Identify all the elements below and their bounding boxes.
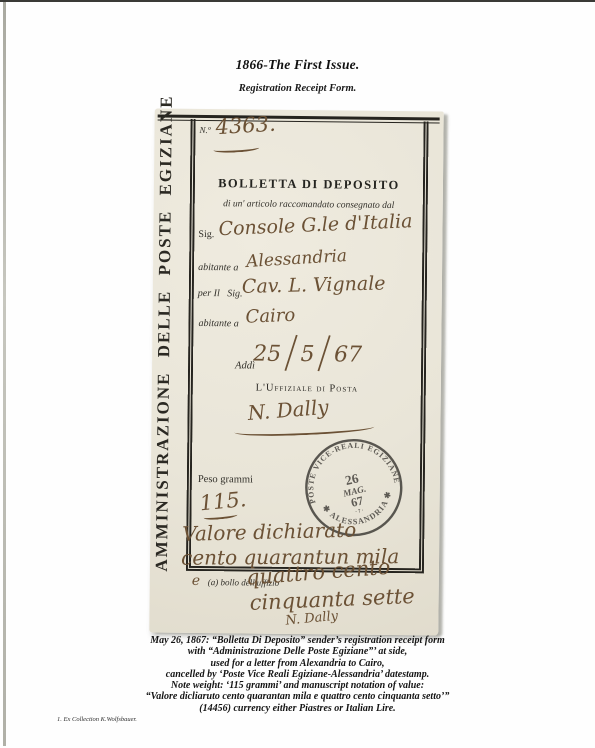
- date-month: 5: [300, 342, 314, 367]
- recipient-label: per Il Sig.: [198, 288, 243, 299]
- date-label: Addì: [235, 360, 255, 371]
- form-number-label: N.º: [199, 125, 210, 135]
- weight-label: Peso grammi: [198, 474, 253, 486]
- collection-footnote: 1. Ex Collection K.Wolfsbauer.: [57, 716, 137, 723]
- side-administration-title: AMMINISTRAZIONE DELLE POSTE EGIZIANE: [152, 122, 189, 574]
- sender-label: Sig.: [198, 229, 214, 240]
- residence2-handwritten: Cairo: [245, 307, 295, 327]
- page-title: 1866-The First Issue.: [0, 57, 595, 73]
- residence1-label: abitante a: [198, 262, 238, 273]
- declared-value-line1: Valore dichiarato: [182, 520, 356, 544]
- date-year: 67: [334, 342, 362, 367]
- postmark-index: · 7 ·: [355, 507, 365, 515]
- caption-line: “Valore dicliaruto cento quarantan mila …: [0, 691, 595, 702]
- caption-line: with “Administrazione Delle Poste Egizia…: [0, 646, 595, 657]
- exhibit-caption: May 26, 1867: “Bolletta Di Deposito” sen…: [0, 635, 595, 714]
- caption-line: May 26, 1867: “Bolletta Di Deposito” sen…: [0, 635, 595, 646]
- date-slash-1: /: [286, 331, 296, 379]
- caption-line: cancelled by ‘Poste Vice Reali Egiziane-…: [0, 669, 595, 680]
- sender-handwritten: Console G.le d'Italia: [218, 212, 413, 239]
- residence2-label: abitante a: [198, 318, 238, 329]
- official-signature: N. Dally: [247, 397, 329, 423]
- caption-line: (14456) currency either Piastres or Ital…: [0, 703, 595, 714]
- date-handwritten: 25/5/67: [253, 344, 362, 367]
- bolletta-subheading: di un' articolo raccomandato consegnato …: [195, 199, 423, 211]
- footer-handwritten-e: e: [192, 574, 200, 588]
- date-day: 25: [253, 342, 281, 367]
- bolletta-heading: BOLLETTA DI DEPOSITO: [195, 176, 423, 193]
- caption-line: Note weight: ‘115 grammi’ and manuscript…: [0, 680, 595, 691]
- form-number-value: 4363.: [215, 114, 276, 139]
- footer-scribble-signature: N. Dally: [285, 610, 339, 628]
- scan-edge-top: [0, 0, 595, 2]
- exhibit-page: 1866-The First Issue. Registration Recei…: [0, 0, 595, 748]
- residence1-handwritten: Alessandria: [246, 248, 348, 271]
- weight-handwritten: 115.: [199, 489, 248, 514]
- post-official-label: L'Uffiziale di Posta: [193, 382, 421, 395]
- date-slash-2: /: [319, 331, 329, 379]
- caption-line: used for a letter from Alexandria to Cai…: [0, 658, 595, 669]
- page-subtitle: Registration Receipt Form.: [0, 83, 595, 94]
- receipt-scan: AMMINISTRAZIONE DELLE POSTE EGIZIANE N.º…: [149, 109, 443, 636]
- side-title-text: AMMINISTRAZIONE DELLE POSTE EGIZIANE: [152, 122, 189, 572]
- recipient-handwritten: Cav. L. Vignale: [242, 274, 386, 297]
- number-underline: [213, 144, 259, 154]
